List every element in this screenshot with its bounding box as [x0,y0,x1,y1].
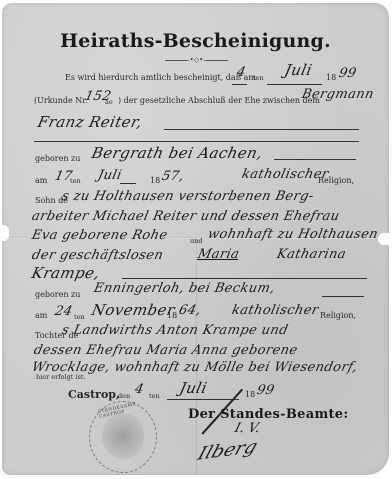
groom-parents-line-1: s zu Holthausen verstorbenen Berg- [60,189,315,204]
record-label: (Urkunde Nr. [34,96,88,105]
bride-religion: katholischer [230,303,320,318]
groom-religion: katholischer [240,167,330,182]
record-number-suffix: ae [105,98,113,106]
closing-day-label: den [118,392,130,400]
record-label-end: ) der gesetzliche Abschluß der Ehe zwisc… [118,96,320,105]
rule [120,183,136,184]
closing-year-suffix: 99 [255,383,276,398]
closing-text: hier erfolgt ist. [36,373,86,381]
bride-birth-year-suffix: 64, [177,303,202,318]
bride-birthplace: Enningerloh, bei Beckum, [92,281,276,296]
bride-surname: Krampe, [30,264,101,282]
marriage-certificate: Heiraths-Bescheinigung. —•◇•— Es wird hi… [2,3,389,475]
bride-first-name: Maria [196,247,240,262]
rule [232,84,247,85]
bride-birth-day: 24 [53,304,74,319]
groom-birth-month: Juli [96,168,123,183]
bride-parents-line-2: dessen Ehefrau Maria Anna geborene [32,343,299,358]
groom-birth-day-suffix: ten [70,177,81,185]
bride-birth-day-label: am [35,311,47,320]
bride-birth-month: November [90,301,176,319]
rule [167,399,239,400]
title-ornament: —•◇•— [165,56,228,64]
rule [267,84,322,85]
groom-birth-day-label: am [35,176,47,185]
bride-middle-name: Katharina [275,247,347,262]
bride-descriptor: der geschäftslosen [30,248,164,263]
marriage-year-suffix: 99 [337,66,358,81]
groom-parents-line-3: Eva geborene Rohe [30,228,169,243]
closing-place: Castrop, [68,388,120,401]
bride-birth-year-prefix: 18 [167,311,177,320]
groom-birth-year-suffix: 57, [160,169,185,184]
eagle-emblem-icon [102,412,144,460]
rule [164,129,359,130]
rule [274,159,356,160]
groom-religion-label: Religion, [318,176,354,185]
rule [34,141,359,142]
rule [322,296,364,297]
intro-text: Es wird hierdurch amtlich bescheinigt, d… [65,73,256,82]
groom-name: Franz Reiter, [36,113,144,131]
tear-right [378,233,392,245]
tear-left [0,225,9,241]
bride-parents-line-1: s Landwirths Anton Krampe und [60,323,289,338]
groom-birthplace-label: geboren zu [35,154,80,163]
signature-initials: I. V. [233,421,262,436]
marriage-year-prefix: 18 [326,73,336,82]
closing-month: Juli [178,379,209,397]
registrar-signature: Ilberg [195,436,260,464]
groom-birthplace: Bergrath bei Aachen, [90,144,264,162]
bride-birth-day-suffix: ten [74,313,85,321]
closing-day: 4 [133,382,145,397]
marriage-day-suffix: ten [253,74,264,82]
groom-birth-year-prefix: 18 [150,176,160,185]
bride-religion-label: Religion, [320,311,356,320]
groom-parents-and: und [190,237,203,245]
groom-parents-line-2: arbeiter Michael Reiter und dessen Ehefr… [30,209,341,224]
closing-year-prefix: 18 [245,390,255,399]
groom-parents-residence: wohnhaft zu Holthausen [206,227,379,242]
rule [122,278,367,279]
groom-occupation: Bergmann [300,87,375,102]
document-title: Heiraths-Bescheinigung. [2,30,389,52]
bride-birthplace-label: geboren zu [35,290,80,299]
marriage-month: Juli [283,61,314,79]
official-seal-stamp: STANDESAMT CASTROP [89,401,157,473]
